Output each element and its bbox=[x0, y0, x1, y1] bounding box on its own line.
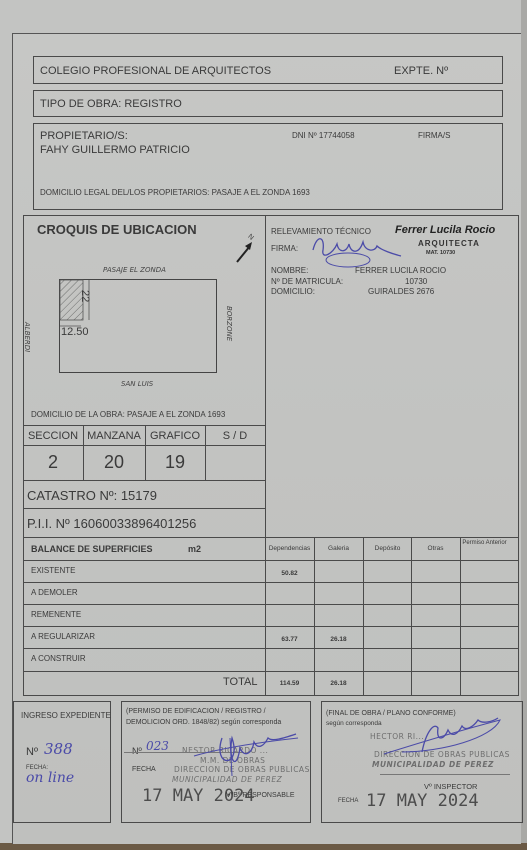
balance-col-header: Galeria bbox=[314, 545, 363, 553]
col-sd: S / D bbox=[205, 430, 265, 442]
permiso-box: (PERMISO DE EDIFICACION / REGISTRO / DEM… bbox=[121, 701, 311, 823]
responsable-label: VºBº RESPONSABLE bbox=[226, 792, 295, 799]
permiso-title-2: DEMOLICION ORD. 1848/82) según correspon… bbox=[126, 719, 281, 726]
col-grafico: GRAFICO bbox=[145, 430, 205, 442]
dimension-depth: 22 bbox=[79, 290, 91, 302]
inspector-label: Vº INSPECTOR bbox=[424, 782, 477, 791]
manzana-value: 20 bbox=[83, 452, 145, 473]
balance-unit: m2 bbox=[188, 544, 201, 554]
street-bottom: SAN LUIS bbox=[121, 380, 153, 388]
signature-permiso bbox=[192, 728, 302, 778]
balance-col-header: Permiso Anterior bbox=[460, 539, 509, 547]
col-seccion: SECCION bbox=[23, 430, 83, 442]
signature-final bbox=[382, 712, 502, 760]
signature-tecnico bbox=[303, 230, 403, 268]
balance-col-header: Dependencias bbox=[265, 545, 314, 553]
firma-tecnico-label: FIRMA: bbox=[271, 244, 298, 253]
street-top: PASAJE EL ZONDA bbox=[103, 266, 166, 274]
propietario-domicilio: DOMICILIO LEGAL DEL/LOS PROPIETARIOS: PA… bbox=[40, 188, 310, 197]
dimension-front: 12.50 bbox=[61, 326, 89, 338]
document-sheet: COLEGIO PROFESIONAL DE ARQUITECTOS EXPTE… bbox=[12, 33, 521, 844]
balance-row-label: REMENENTE bbox=[31, 610, 81, 619]
ingreso-numero: 388 bbox=[44, 740, 73, 758]
propietario-dni: DNI Nº 17744058 bbox=[292, 131, 355, 140]
croquis-title: CROQUIS DE UBICACION bbox=[37, 222, 197, 237]
ingreso-title: INGRESO EXPEDIENTE bbox=[21, 711, 111, 720]
final-title-2: según corresponda bbox=[326, 720, 382, 727]
nombre-value: FERRER LUCILA ROCIO bbox=[355, 266, 446, 275]
balance-cell: 26.18 bbox=[314, 636, 363, 643]
balance-cell: 63.77 bbox=[265, 636, 314, 643]
ingreso-fecha: on line bbox=[26, 770, 74, 786]
nombre-label: NOMBRE: bbox=[271, 266, 308, 275]
table-surface bbox=[0, 843, 527, 850]
ingreso-box: INGRESO EXPEDIENTE Nº 388 FECHA: on line bbox=[13, 701, 111, 823]
balance-row-label: EXISTENTE bbox=[31, 566, 75, 575]
matricula-label: Nº DE MATRICULA: bbox=[271, 277, 343, 286]
catastro: CATASTRO Nº: 15179 bbox=[27, 488, 157, 503]
domicilio-obra: DOMICILIO DE LA OBRA: PASAJE A EL ZONDA … bbox=[31, 410, 225, 419]
permiso-numero: 023 bbox=[146, 739, 169, 753]
street-left: ALBERDI bbox=[23, 322, 31, 352]
domicilio-tecnico-label: DOMICILIO: bbox=[271, 287, 315, 296]
balance-cell: 50.82 bbox=[265, 570, 314, 577]
header-box: COLEGIO PROFESIONAL DE ARQUITECTOS EXPTE… bbox=[33, 56, 503, 84]
col-manzana: MANZANA bbox=[83, 430, 145, 442]
stamp-name: Ferrer Lucila Rocio bbox=[395, 224, 495, 236]
firma-label: FIRMA/S bbox=[418, 131, 450, 140]
permiso-title-1: (PERMISO DE EDIFICACION / REGISTRO / bbox=[126, 708, 266, 715]
total-label: TOTAL bbox=[223, 676, 257, 688]
stamp-title: ARQUITECTA bbox=[418, 239, 480, 248]
permiso-fecha-label: FECHA bbox=[132, 766, 156, 773]
final-fecha-label: FECHA bbox=[338, 798, 358, 804]
balance-total-cell: 114.59 bbox=[265, 680, 314, 687]
balance-row-label: A REGULARIZAR bbox=[31, 632, 95, 641]
propietario-box: PROPIETARIO/S: FAHY GUILLERMO PATRICIO D… bbox=[33, 123, 503, 210]
balance-col-header: Otras bbox=[411, 545, 460, 553]
balance-total-cell: 26.18 bbox=[314, 680, 363, 687]
ingreso-numero-label: Nº bbox=[26, 746, 38, 758]
seccion-value: 2 bbox=[23, 452, 83, 473]
stamp-mat: MAT. 10730 bbox=[426, 250, 455, 256]
final-seal-line-3: MUNICIPALIDAD DE PEREZ bbox=[372, 760, 494, 769]
tipo-obra-box: TIPO DE OBRA: REGISTRO bbox=[33, 90, 503, 117]
institution-name: COLEGIO PROFESIONAL DE ARQUITECTOS bbox=[40, 65, 271, 77]
balance-row-label: A DEMOLER bbox=[31, 588, 78, 597]
tipo-obra: TIPO DE OBRA: REGISTRO bbox=[40, 98, 182, 110]
balance-title: BALANCE DE SUPERFICIES bbox=[31, 544, 153, 554]
street-right: BORZONE bbox=[225, 306, 233, 341]
final-obra-box: (FINAL DE OBRA / PLANO CONFORME) según c… bbox=[321, 701, 523, 823]
pii: P.I.I. Nº 16060033896401256 bbox=[27, 516, 196, 531]
expediente-label: EXPTE. Nº bbox=[394, 65, 448, 77]
propietario-label: PROPIETARIO/S: bbox=[40, 130, 128, 142]
permiso-numero-label: Nº bbox=[132, 746, 142, 756]
balance-row-label: A CONSTRUIR bbox=[31, 654, 86, 663]
grafico-value: 19 bbox=[145, 452, 205, 473]
north-arrow-icon: N bbox=[233, 234, 259, 264]
final-date-stamp: 17 MAY 2024 bbox=[366, 791, 479, 811]
propietario-name: FAHY GUILLERMO PATRICIO bbox=[40, 144, 190, 156]
balance-col-header: Depósito bbox=[363, 545, 412, 553]
domicilio-tecnico-value: GUIRALDES 2676 bbox=[368, 287, 434, 296]
matricula-value: 10730 bbox=[405, 277, 427, 286]
